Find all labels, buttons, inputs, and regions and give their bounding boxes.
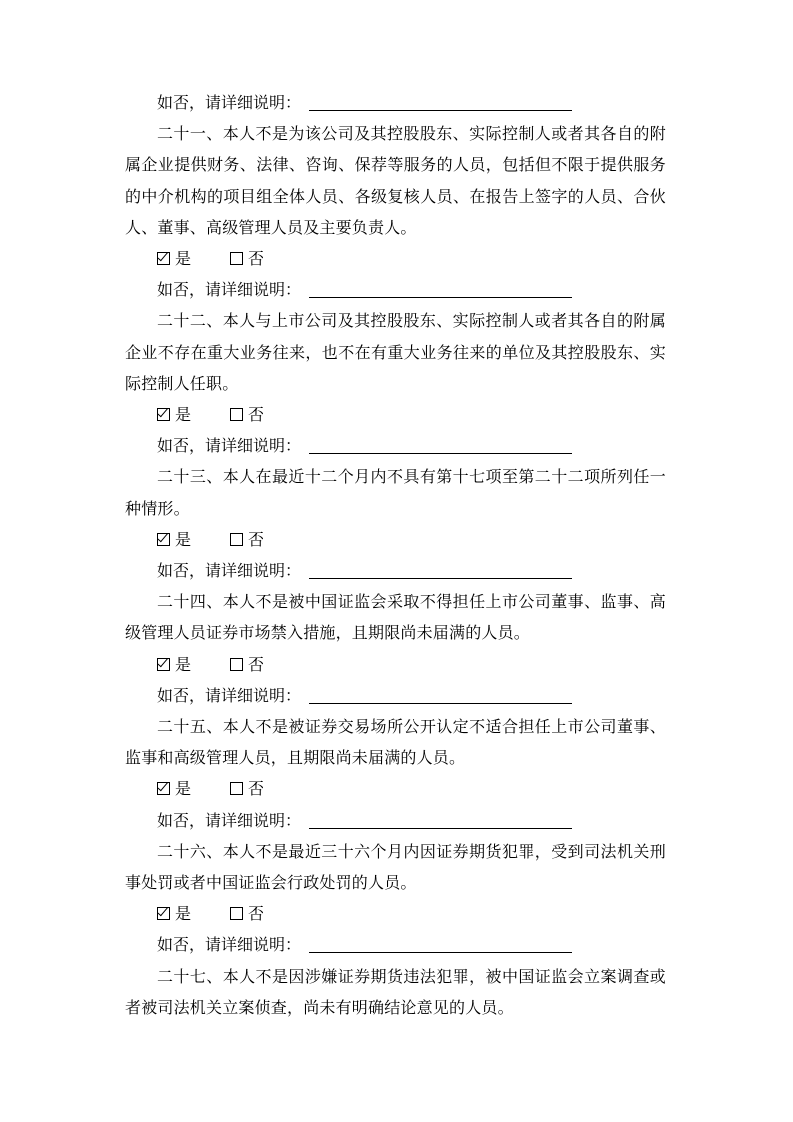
item-26-no-checkbox[interactable] <box>230 907 243 920</box>
item-23-yes-checkbox[interactable] <box>157 533 170 546</box>
yes-label: 是 <box>175 906 191 923</box>
item-27-paragraph: 二十七、本人不是因涉嫌证券期货违法犯罪，被中国证监会立案调查或者被司法机关立案侦… <box>125 962 666 1024</box>
item-20-explain-line: 如否，请详细说明： <box>125 88 666 119</box>
item-26-yes-checkbox[interactable] <box>157 907 170 920</box>
no-label: 否 <box>248 251 264 268</box>
item-21-checkbox-row: 是 否 <box>125 244 666 275</box>
explain-label: 如否，请详细说明： <box>157 688 301 705</box>
item-25-yes-checkbox[interactable] <box>157 782 170 795</box>
item-21-paragraph: 二十一、本人不是为该公司及其控股股东、实际控制人或者其各自的附属企业提供财务、法… <box>125 119 666 244</box>
item-25-no-checkbox[interactable] <box>230 782 243 795</box>
item-25-paragraph: 二十五、本人不是被证券交易场所公开认定不适合担任上市公司董事、监事和高级管理人员… <box>125 712 666 774</box>
item-23-explain-line: 如否，请详细说明： <box>125 556 666 587</box>
explain-label: 如否，请详细说明： <box>157 438 301 455</box>
yes-label: 是 <box>175 407 191 424</box>
explain-label: 如否，请详细说明： <box>157 937 301 954</box>
item-24-checkbox-row: 是 否 <box>125 650 666 681</box>
item-22-checkbox-row: 是 否 <box>125 400 666 431</box>
item-23-paragraph: 二十三、本人在最近十二个月内不具有第十七项至第二十二项所列任一种情形。 <box>125 462 666 524</box>
item-24-explain-blank-line[interactable] <box>309 700 572 704</box>
item-26-paragraph: 二十六、本人不是最近三十六个月内因证券期货犯罪，受到司法机关刑事处罚或者中国证监… <box>125 837 666 899</box>
yes-label: 是 <box>175 657 191 674</box>
item-26-explain-blank-line[interactable] <box>309 949 572 953</box>
item-26-checkbox-row: 是 否 <box>125 899 666 930</box>
item-21-yes-checkbox[interactable] <box>157 252 170 265</box>
yes-label: 是 <box>175 781 191 798</box>
item-24-paragraph: 二十四、本人不是被中国证监会采取不得担任上市公司董事、监事、高级管理人员证券市场… <box>125 587 666 649</box>
no-label: 否 <box>248 781 264 798</box>
yes-label: 是 <box>175 532 191 549</box>
explain-label: 如否，请详细说明： <box>157 282 301 299</box>
no-label: 否 <box>248 532 264 549</box>
item-25-explain-blank-line[interactable] <box>309 825 572 829</box>
yes-label: 是 <box>175 251 191 268</box>
explain-label: 如否，请详细说明： <box>157 813 301 830</box>
no-label: 否 <box>248 407 264 424</box>
item-23-explain-blank-line[interactable] <box>309 575 572 579</box>
item-22-explain-line: 如否，请详细说明： <box>125 431 666 462</box>
item-22-explain-blank-line[interactable] <box>309 450 572 454</box>
item-20-explain-blank-line[interactable] <box>309 107 572 111</box>
item-23-checkbox-row: 是 否 <box>125 525 666 556</box>
item-22-no-checkbox[interactable] <box>230 408 243 421</box>
item-21-explain-blank-line[interactable] <box>309 294 572 298</box>
item-22-paragraph: 二十二、本人与上市公司及其控股股东、实际控制人或者其各自的附属企业不存在重大业务… <box>125 306 666 400</box>
item-22-yes-checkbox[interactable] <box>157 408 170 421</box>
item-23-no-checkbox[interactable] <box>230 533 243 546</box>
item-24-no-checkbox[interactable] <box>230 658 243 671</box>
item-25-checkbox-row: 是 否 <box>125 774 666 805</box>
no-label: 否 <box>248 906 264 923</box>
declaration-document-page: 如否，请详细说明： 二十一、本人不是为该公司及其控股股东、实际控制人或者其各自的… <box>125 88 666 1024</box>
item-26-explain-line: 如否，请详细说明： <box>125 930 666 961</box>
explain-label: 如否，请详细说明： <box>157 95 301 112</box>
item-24-yes-checkbox[interactable] <box>157 658 170 671</box>
item-21-no-checkbox[interactable] <box>230 252 243 265</box>
explain-label: 如否，请详细说明： <box>157 563 301 580</box>
no-label: 否 <box>248 657 264 674</box>
item-21-explain-line: 如否，请详细说明： <box>125 275 666 306</box>
item-25-explain-line: 如否，请详细说明： <box>125 806 666 837</box>
item-24-explain-line: 如否，请详细说明： <box>125 681 666 712</box>
